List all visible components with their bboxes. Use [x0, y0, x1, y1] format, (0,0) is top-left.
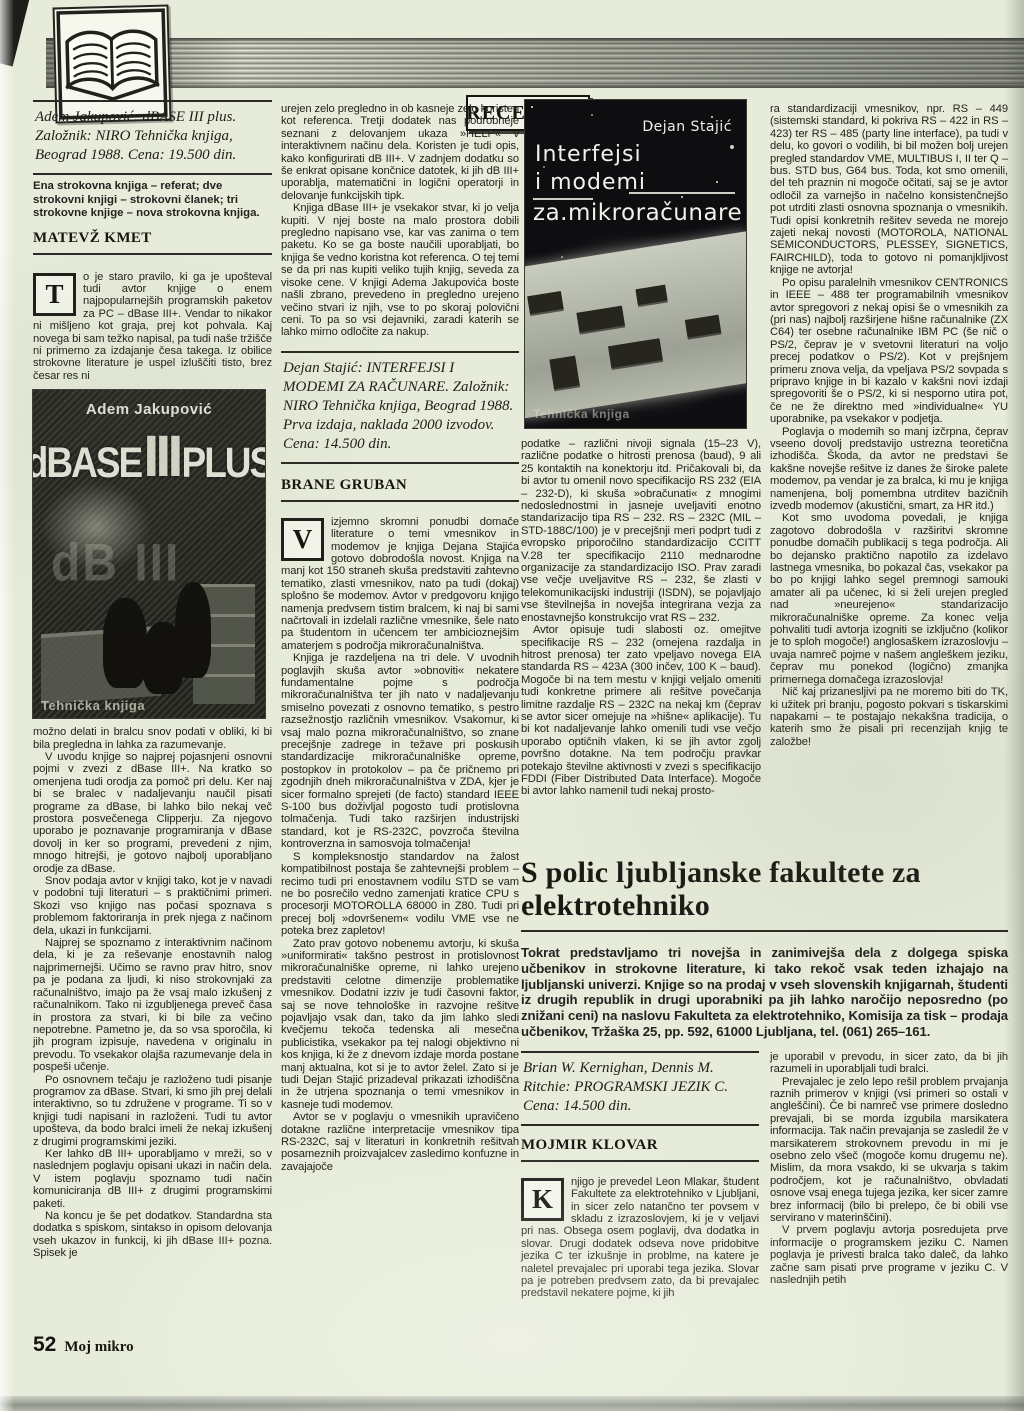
- drop-cap-t: T: [33, 273, 76, 316]
- paragraph: Na koncu je še pet dodatkov. Standardna …: [33, 1210, 272, 1260]
- cover-publisher: Tehnička knjiga: [533, 408, 630, 420]
- cover-author: Dejan Stajić: [642, 120, 732, 134]
- cover-title: dBASE III PLUS: [39, 434, 259, 480]
- paragraph: Najprej se spoznamo z interaktivnim nači…: [33, 937, 272, 1073]
- paragraph: je uporabil v prevodu, in sicer zato, da…: [770, 1051, 1008, 1076]
- ic-chip: [635, 285, 667, 305]
- paragraph: Avtor opisuje tudi slabosti oz. omejitve…: [521, 624, 761, 798]
- reviewer-byline-gruban: BRANE GRUBAN: [281, 476, 519, 502]
- cover-title-line: Interfejsi: [535, 142, 642, 168]
- cover-ghost-lettering: dB III: [51, 538, 180, 591]
- paragraph: urejen zelo pregledno in ob kasneje zelo…: [281, 103, 519, 202]
- column-1: Adem Jakupović: dBASE III plus. Založnik…: [33, 100, 272, 1260]
- faculty-section: S polic ljubljanske fakultete za elektro…: [521, 856, 1008, 1300]
- review-epigraph: Ena strokovna knjiga – referat; dve stro…: [33, 180, 272, 221]
- column-3: Dejan Stajić Interfejsi i modemi za.mikr…: [521, 100, 761, 798]
- magazine-page: RECENZIJE Adem Jakupović: dBASE III plus…: [0, 0, 1024, 1411]
- section-columns: Brian W. Kernighan, Dennis M. Ritchie: P…: [521, 1051, 1008, 1300]
- paragraph: To je staro pravilo, ki ga je upošteval …: [33, 271, 272, 383]
- paragraph: Nič kaj prizanesljivi pa ne moremo biti …: [770, 686, 1008, 748]
- paragraph: Knjiga dBase III+ je vsekakor stvar, ki …: [281, 202, 519, 338]
- column-4: ra standardizaciji vmesnikov, npr. RS – …: [770, 103, 1008, 748]
- cover-title-line: za.mikroračunare: [533, 200, 742, 228]
- paragraph: Ker lahko dB III+ uporabljamo v mreži, s…: [33, 1148, 272, 1210]
- ic-chip: [608, 338, 663, 368]
- ic-chip: [527, 291, 563, 314]
- cover-title-word: III: [143, 434, 179, 480]
- reviewer-byline-kmet: MATEVŽ KMET: [33, 229, 272, 255]
- cover-star-speckles: [531, 106, 533, 108]
- ic-chip: [685, 315, 721, 338]
- page-footer: 52 Moj mikro: [33, 1334, 134, 1355]
- scan-corner-smudge: [0, 0, 31, 67]
- book-citation-interfejsi: Dejan Stajić: INTERFEJSI I MODEMI ZA RAČ…: [281, 351, 519, 464]
- paragraph: Prevajalec je zelo lepo rešil problem pr…: [770, 1076, 1008, 1225]
- drop-cap-v: V: [281, 518, 324, 561]
- section-title: S polic ljubljanske fakultete za elektro…: [521, 856, 1008, 922]
- scan-bottom-edge: [0, 1396, 1024, 1411]
- paragraph: Kot smo uvodoma povedali, je knjiga zago…: [770, 512, 1008, 686]
- cover-rule: [629, 192, 735, 194]
- section-rule: [521, 930, 1008, 932]
- paragraph: podatke – različni nivoji signala (15–23…: [521, 438, 761, 624]
- paragraph: Snov podaja avtor v knjigi tako, kot je …: [33, 875, 272, 937]
- magazine-name: Moj mikro: [64, 1340, 133, 1355]
- paragraph: Knjigo je prevedel Leon Mlakar, študent …: [521, 1176, 759, 1300]
- section-intro: Tokrat predstavljamo tri novejša in zani…: [521, 945, 1008, 1040]
- cover-photo-figure: [103, 598, 147, 688]
- paragraph: ra standardizaciji vmesnikov, npr. RS – …: [770, 103, 1008, 277]
- paragraph: Poglavja o modemih so manj izčrpna, čepr…: [770, 426, 1008, 513]
- paragraph: možno delati in bralcu snov podati v obl…: [33, 726, 272, 751]
- drop-cap-k: K: [521, 1178, 564, 1221]
- cover-title-word: PLUS: [182, 441, 265, 484]
- book-cover-interfejsi: Dejan Stajić Interfejsi i modemi za.mikr…: [525, 100, 746, 428]
- paragraph: Vizjemno skromni ponudbi domače literatu…: [281, 516, 519, 652]
- page-number: 52: [33, 1334, 56, 1355]
- cover-photo-figure: [175, 582, 211, 678]
- book-citation-dbase: Adem Jakupović: dBASE III plus. Založnik…: [33, 100, 272, 175]
- section-column-right: je uporabil v prevodu, in sicer zato, da…: [770, 1051, 1008, 1300]
- ic-chip: [549, 356, 579, 390]
- reviewer-byline-klovar: MOJMIR KLOVAR: [521, 1136, 759, 1162]
- paragraph: S kompleksnostjo standardov na žalost ko…: [281, 851, 519, 938]
- ic-chip: [576, 306, 625, 333]
- cover-publisher: Tehnička knjiga: [41, 699, 145, 712]
- book-citation-kernighan: Brian W. Kernighan, Dennis M. Ritchie: P…: [521, 1051, 759, 1126]
- masthead-bar: [46, 38, 1024, 88]
- paragraph: V prvem poglavju avtorja posredujeta prv…: [770, 1224, 1008, 1286]
- paragraph: Zato prav gotovo nobenemu avtorju, ki sk…: [281, 938, 519, 1112]
- cover-title-word: dBASE: [33, 441, 141, 484]
- paragraph: V uvodu knjige so najprej pojasnjeni osn…: [33, 751, 272, 875]
- paragraph: Po osnovnem tečaju je razloženo tudi pis…: [33, 1074, 272, 1148]
- cover-author: Adem Jakupović: [33, 402, 265, 417]
- paragraph: Avtor se v poglavju o vmesnikih upraviče…: [281, 1111, 519, 1173]
- column-2: urejen zelo pregledno in ob kasneje zelo…: [281, 103, 519, 1173]
- paragraph: Po opisu paralelnih vmesnikov CENTRONICS…: [770, 277, 1008, 426]
- paragraph: Knjiga je razdeljena na tri dele. V uvod…: [281, 652, 519, 851]
- book-cover-dbase: Adem Jakupović dBASE III PLUS dB III Teh…: [33, 390, 265, 718]
- section-column-left: Brian W. Kernighan, Dennis M. Ritchie: P…: [521, 1051, 759, 1300]
